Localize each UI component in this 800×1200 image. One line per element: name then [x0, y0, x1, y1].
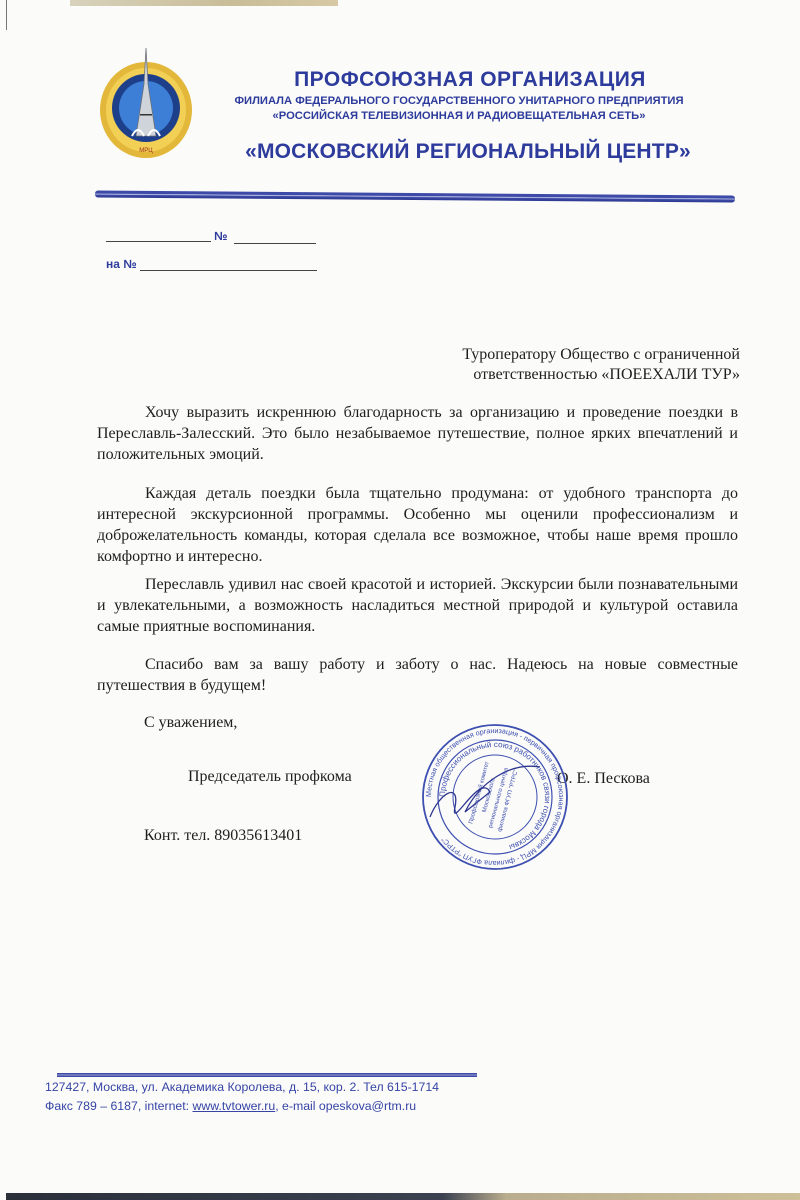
addressee-block: Туроператору Общество с ограниченной отв… [440, 345, 740, 385]
number-blank-line [234, 243, 316, 244]
letterhead-title: ПРОФСОЮЗНАЯ ОРГАНИЗАЦИЯ [220, 68, 720, 92]
signer-position: Председатель профкома [188, 767, 352, 787]
closing-regards: С уважением, [144, 713, 237, 733]
official-stamp-icon: Местная общественная организация - перви… [420, 722, 570, 872]
letterhead-center-name: «МОСКОВСКИЙ РЕГИОНАЛЬНЫЙ ЦЕНТР» [212, 140, 724, 164]
footer-address: 127427, Москва, ул. Академика Королева, … [45, 1080, 439, 1094]
number-label: № [214, 229, 227, 243]
reply-number-blank-line [140, 270, 317, 271]
body-paragraph: Переславль удивил нас своей красотой и и… [97, 574, 738, 637]
letterhead-subtitle-1: ФИЛИАЛА ФЕДЕРАЛЬНОГО ГОСУДАРСТВЕННОГО УН… [196, 95, 722, 107]
letterhead-subtitle-2: «РОССИЙСКАЯ ТЕЛЕВИЗИОННАЯ И РАДИОВЕЩАТЕЛ… [196, 110, 722, 122]
tv-tower-emblem-icon: МРЦ [96, 44, 196, 162]
header-divider [95, 190, 735, 202]
body-paragraph: Каждая деталь поездки была тщательно про… [97, 483, 738, 567]
addressee-line-2: ответственностью «ПОЕЕХАЛИ ТУР» [440, 365, 740, 385]
addressee-line-1: Туроператору Общество с ограниченной [440, 345, 740, 365]
scan-bottom-edge [6, 1193, 800, 1200]
contact-phone: Конт. тел. 89035613401 [144, 826, 302, 846]
website-link[interactable]: www.tvtower.ru [193, 1099, 276, 1113]
reply-number-label: на № [106, 257, 137, 271]
signer-name: О. Е. Пескова [557, 769, 650, 789]
svg-text:МРЦ: МРЦ [139, 148, 153, 154]
body-paragraph: Спасибо вам за вашу работу и заботу о на… [97, 654, 738, 696]
body-paragraph: Хочу выразить искреннюю благодарность за… [97, 402, 738, 465]
footer-divider [57, 1073, 477, 1077]
footer-fax: Факс 789 – 6187, internet: [45, 1099, 193, 1113]
footer-email: , e-mail opeskova@rtm.ru [275, 1099, 416, 1113]
scan-left-edge [6, 0, 7, 30]
date-blank-line [106, 241, 211, 242]
footer-contacts: Факс 789 – 6187, internet: www.tvtower.r… [45, 1099, 416, 1113]
scan-top-edge [70, 0, 338, 6]
